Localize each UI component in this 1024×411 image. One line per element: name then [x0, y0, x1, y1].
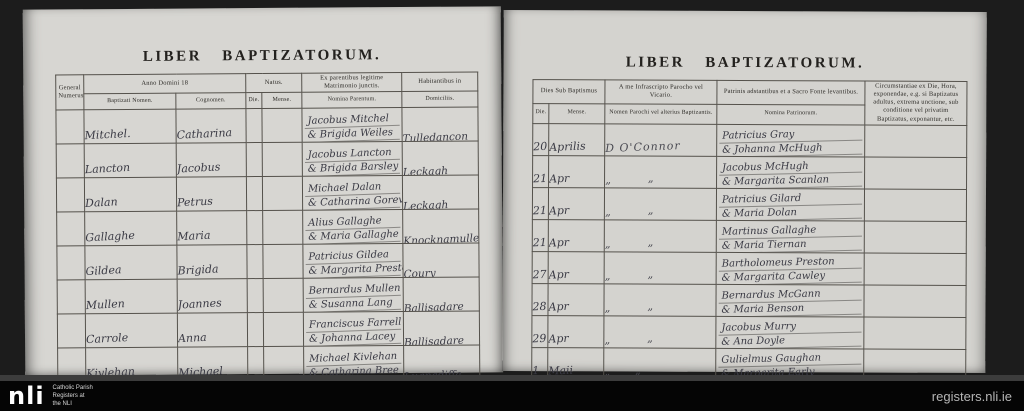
entry-priest-cell: „ „: [604, 316, 716, 348]
header-anno-domini: Anno Domini 18: [84, 74, 246, 94]
entry-birth-day-cell: [246, 109, 262, 143]
entry-sponsors-cell: Martinus Gallaghe & Maria Tiernan: [716, 220, 864, 253]
nli-brand: nli Catholic Parish Registers at the NLI: [0, 384, 93, 408]
entry-sponsor-2: & Maria Dolan: [719, 204, 862, 220]
entry-day-cell: 27: [532, 251, 548, 283]
entry-day-cell: 20: [533, 123, 549, 155]
entry-month: Apr: [548, 331, 569, 345]
entry-parents-cell: Franciscus Farrell & Johanna Lacey: [303, 312, 403, 347]
entry-residence-cell: Tulledancon: [402, 107, 478, 142]
header-dies-sub-baptismus: Dies Sub Baptismus: [533, 80, 605, 104]
entry-mother: & Catharina Gorevan: [305, 194, 400, 210]
entry-residence: Leckagh: [403, 165, 449, 176]
entry-birth-day-cell: [246, 177, 262, 211]
entry-surname: Lancton: [85, 161, 131, 176]
entry-mother: & Johanna Lacey: [306, 330, 401, 346]
baptism-table-right: Dies Sub Baptismus A me Infrascripto Par…: [531, 79, 967, 382]
entry-month-cell: Aprilis: [549, 123, 605, 155]
entry-surname-cell: Dalan: [84, 177, 176, 212]
entry-firstname: Jacobus: [177, 161, 221, 176]
entry-birth-day-cell: [247, 245, 263, 279]
entry-residence-cell: Leckagh: [402, 175, 478, 210]
entry-priest-cell: „ „: [604, 220, 716, 252]
entry-birth-month-cell: [262, 176, 302, 210]
baptism-entry-row: Dalan Petrus Michael Dalan & Catharina G…: [56, 175, 478, 212]
entry-firstname-cell: Petrus: [176, 177, 246, 211]
entry-day: 21: [533, 235, 547, 249]
entry-priest-cell: „ „: [605, 156, 717, 188]
entry-birth-day-cell: [247, 211, 263, 245]
entry-firstname: Catharina: [176, 126, 232, 142]
entry-sponsor-2: & Maria Tiernan: [719, 236, 862, 252]
entry-day: 21: [533, 203, 547, 217]
entry-sponsors-cell: Jacobus Murry & Ana Doyle: [716, 316, 864, 349]
entry-firstname-cell: Maria: [177, 211, 247, 245]
entry-surname-cell: Mullen: [85, 279, 177, 314]
entry-firstname-cell: Joannes: [177, 279, 247, 313]
entry-firstname: Anna: [178, 331, 207, 345]
header-mense: Mense.: [549, 103, 605, 123]
entry-birth-month-cell: [263, 210, 303, 244]
entry-remarks-cell: [865, 157, 967, 189]
entry-residence: Knocknamullen: [403, 232, 479, 244]
entry-firstname-cell: Jacobus: [176, 143, 246, 177]
entry-priest-cell: „ „: [604, 252, 716, 284]
entry-month: Apr: [549, 203, 570, 217]
entry-surname-cell: Gildea: [85, 245, 177, 280]
entry-sponsors-cell: Patricius Gilard & Maria Dolan: [716, 188, 864, 221]
entry-birth-month-cell: [263, 244, 303, 278]
entry-birth-month-cell: [263, 312, 303, 346]
baptism-entry-row: 21 Apr „ „ Jacobus McHugh & Margarita Sc…: [533, 155, 967, 189]
entry-remarks-cell: [865, 125, 967, 157]
entry-priest-cell: „ „: [604, 284, 716, 316]
site-url: registers.nli.ie: [932, 389, 1024, 404]
entry-day: 20: [533, 139, 547, 153]
header-priest-sub: Nomen Parochi vel alterius Baptizantis.: [605, 104, 717, 124]
entry-priest: „ „: [604, 267, 654, 282]
entry-firstname-cell: Brigida: [177, 245, 247, 279]
page-title: LIBER BAPTIZATORUM.: [504, 54, 987, 73]
entry-residence-cell: Leckagh: [402, 141, 478, 176]
entry-sponsor-2: & Margarita Scanlan: [719, 172, 862, 188]
entry-number-cell: [57, 246, 85, 280]
entry-remarks-cell: [864, 221, 966, 253]
entry-number-cell: [57, 280, 85, 314]
entry-remarks-cell: [864, 285, 966, 317]
page-title: LIBER BAPTIZATORUM.: [23, 46, 501, 66]
baptism-entry-row: 28 Apr „ „ Bernardus McGann & Maria Bens…: [532, 283, 966, 317]
entry-sponsor-2: & Maria Benson: [718, 300, 861, 316]
baptism-entry-row: 29 Apr „ „ Jacobus Murry & Ana Doyle: [532, 315, 966, 349]
header-domiciliis: Domiciliis.: [402, 91, 478, 108]
header-die: Die.: [246, 93, 262, 109]
entry-sponsor-2: & Margarita Cawley: [719, 268, 862, 284]
entry-sponsor-2: & Johanna McHugh: [719, 140, 862, 156]
entry-surname: Gildea: [85, 263, 122, 278]
entry-month-cell: Apr: [548, 187, 604, 219]
nli-caption: Catholic Parish Registers at the NLI: [53, 384, 93, 408]
entry-residence-cell: Ballisadare: [403, 311, 479, 346]
entry-surname-cell: Carrole: [85, 313, 177, 348]
entry-remarks-cell: [864, 253, 966, 285]
entry-number-cell: [57, 212, 85, 246]
header-baptizati-nomen: Baptizati Nomen.: [84, 93, 176, 110]
entry-priest: „ „: [605, 171, 655, 186]
baptism-entry-row: 20 Aprilis D O'Connor Patricius Gray & J…: [533, 123, 967, 157]
entry-mother: & Brigida Weiles: [304, 126, 399, 142]
entry-residence-cell: Ballisadare: [403, 277, 479, 312]
entry-sponsors-cell: Patricius Gray & Johanna McHugh: [717, 124, 865, 157]
entry-mother: & Maria Gallaghe: [305, 228, 400, 244]
entry-surname-cell: Mitchel.: [84, 109, 176, 144]
scan-viewer: LIBER BAPTIZATORUM. General Numerus Anno…: [0, 0, 1024, 411]
header-parents-group: Ex parentibus legitime Matrimonio juncti…: [302, 73, 402, 93]
entry-day-cell: 21: [532, 187, 548, 219]
entry-number-cell: [56, 144, 84, 178]
entry-number-cell: [57, 314, 85, 348]
entry-priest-cell: D O'Connor: [605, 124, 717, 156]
baptism-entry-row: 21 Apr „ „ Patricius Gilard & Maria Dola…: [532, 187, 966, 221]
entry-parents-cell: Patricius Gildea & Margarita Preston: [303, 244, 403, 279]
register-page-left: LIBER BAPTIZATORUM. General Numerus Anno…: [23, 6, 504, 375]
entry-parents-cell: Michael Dalan & Catharina Gorevan: [302, 176, 402, 211]
entry-mother: & Brigida Barsley: [305, 160, 400, 176]
entry-surname: Mitchel.: [84, 127, 131, 142]
entry-residence-cell: Coury: [403, 243, 479, 278]
header-die: Die.: [533, 103, 549, 123]
entry-birth-day-cell: [246, 143, 262, 177]
header-mense: Mense.: [262, 92, 302, 108]
baptism-entry-row: Gallaghe Maria Alius Gallaghe & Maria Ga…: [57, 209, 479, 246]
entry-month: Apr: [549, 235, 570, 249]
entry-surname-cell: Gallaghe: [85, 211, 177, 246]
entry-firstname-cell: Anna: [177, 313, 247, 347]
entry-firstname: Brigida: [177, 263, 219, 278]
entry-residence: Tulledancon: [402, 131, 468, 142]
entry-birth-day-cell: [247, 279, 263, 313]
header-sponsors-group: Patrinis adstantibus et a Sacro Fonte le…: [717, 80, 865, 104]
entry-surname: Gallaghe: [85, 229, 135, 244]
entry-priest-cell: „ „: [604, 188, 716, 220]
entry-sponsors-cell: Jacobus McHugh & Margarita Scanlan: [717, 156, 865, 189]
entry-month-cell: Apr: [548, 315, 604, 347]
entry-surname: Mullen: [85, 297, 125, 312]
entry-remarks-cell: [864, 189, 966, 221]
entry-day-cell: 21: [533, 155, 549, 187]
baptism-entry-row: Mullen Joannes Bernardus Mullen & Susann…: [57, 277, 479, 314]
entry-birth-month-cell: [262, 108, 302, 142]
entry-firstname: Maria: [177, 229, 211, 244]
nli-logo: nli: [8, 385, 45, 407]
entry-residence: Ballisadare: [404, 301, 464, 312]
entry-sponsors-cell: Bartholomeus Preston & Margarita Cawley: [716, 252, 864, 285]
entry-day: 29: [532, 331, 546, 345]
entry-remarks-cell: [864, 317, 966, 349]
entry-firstname: Joannes: [177, 297, 222, 312]
entry-month: Apr: [549, 171, 570, 185]
baptism-entry-row: Carrole Anna Franciscus Farrell & Johann…: [57, 311, 479, 348]
entry-priest: D O'Connor: [605, 139, 681, 155]
left-table-body: General Numerus Anno Domini 18 Natus. Ex…: [56, 72, 478, 110]
entry-firstname: Petrus: [177, 195, 213, 210]
baptism-table-left: General Numerus Anno Domini 18 Natus. Ex…: [55, 71, 480, 382]
entry-day-cell: 28: [532, 283, 548, 315]
entry-month-cell: Apr: [548, 283, 604, 315]
header-priest-group: A me Infrascripto Parocho vel Vicario.: [605, 80, 717, 104]
branding-bar: nli Catholic Parish Registers at the NLI…: [0, 381, 1024, 411]
right-table-body: Dies Sub Baptismus A me Infrascripto Par…: [533, 80, 967, 126]
header-natus: Natus.: [246, 73, 302, 93]
baptism-entry-row: Mitchel. Catharina Jacobus Mitchel & Bri…: [56, 107, 478, 144]
header-remarks: Circumstantiae ex Die, Hora, exponendae,…: [865, 81, 967, 125]
entry-birth-month-cell: [263, 278, 303, 312]
entry-parents-cell: Jacobus Lancton & Brigida Barsley: [302, 142, 402, 177]
entry-residence-cell: Knocknamullen: [403, 209, 479, 244]
header-row-groups: Dies Sub Baptismus A me Infrascripto Par…: [533, 80, 967, 106]
entry-mother: & Margarita Preston: [305, 262, 400, 278]
baptism-entry-row: Lancton Jacobus Jacobus Lancton & Brigid…: [56, 141, 478, 178]
entry-month: Apr: [548, 299, 569, 313]
entry-surname: Dalan: [85, 196, 118, 211]
entry-parents-cell: Alius Gallaghe & Maria Gallaghe: [303, 210, 403, 245]
entry-surname: Carrole: [86, 331, 129, 346]
entry-residence: Coury: [403, 267, 436, 277]
header-habitantibus: Habitantibus in: [402, 72, 478, 92]
header-general-numerus: General Numerus: [56, 75, 84, 110]
entry-parents-cell: Bernardus Mullen & Susanna Lang: [303, 278, 403, 313]
entry-day: 28: [532, 299, 546, 313]
register-page-right: LIBER BAPTIZATORUM. Dies Sub Baptismus A…: [502, 10, 987, 373]
entry-day: 27: [532, 267, 546, 281]
entry-birth-day-cell: [247, 313, 263, 347]
entry-month: Apr: [548, 267, 569, 281]
entry-priest: „ „: [604, 331, 654, 346]
entry-number-cell: [56, 178, 84, 212]
header-nomina-patrinorum: Nomina Patrinorum.: [717, 104, 865, 124]
entry-day: 21: [533, 171, 547, 185]
entry-parents-cell: Jacobus Mitchel & Brigida Weiles: [302, 108, 402, 143]
entry-month: Aprilis: [549, 139, 586, 153]
entry-month-cell: Apr: [548, 219, 604, 251]
entry-month-cell: Apr: [548, 251, 604, 283]
entry-firstname-cell: Catharina: [176, 109, 246, 143]
baptism-entry-row: 21 Apr „ „ Martinus Gallaghe & Maria Tie…: [532, 219, 966, 253]
entry-number-cell: [56, 110, 84, 144]
entry-month-cell: Apr: [549, 155, 605, 187]
entry-priest: „ „: [604, 299, 654, 314]
entry-surname-cell: Lancton: [84, 143, 176, 178]
header-cognomen: Cognomen.: [176, 93, 246, 109]
entry-priest: „ „: [605, 203, 655, 218]
baptism-entry-row: Gildea Brigida Patricius Gildea & Margar…: [57, 243, 479, 280]
baptism-entry-row: 27 Apr „ „ Bartholomeus Preston & Margar…: [532, 251, 966, 285]
entry-sponsors-cell: Bernardus McGann & Maria Benson: [716, 284, 864, 317]
entry-priest: „ „: [605, 235, 655, 250]
entry-day-cell: 29: [532, 315, 548, 347]
entry-mother: & Susanna Lang: [306, 296, 401, 312]
entry-birth-month-cell: [262, 142, 302, 176]
header-nomina-parentum: Nomina Parentum.: [302, 92, 402, 109]
entry-residence: Ballisadare: [404, 335, 464, 346]
entry-residence: Leckagh: [403, 199, 449, 210]
entry-day-cell: 21: [532, 219, 548, 251]
entry-sponsor-2: & Ana Doyle: [718, 332, 861, 348]
